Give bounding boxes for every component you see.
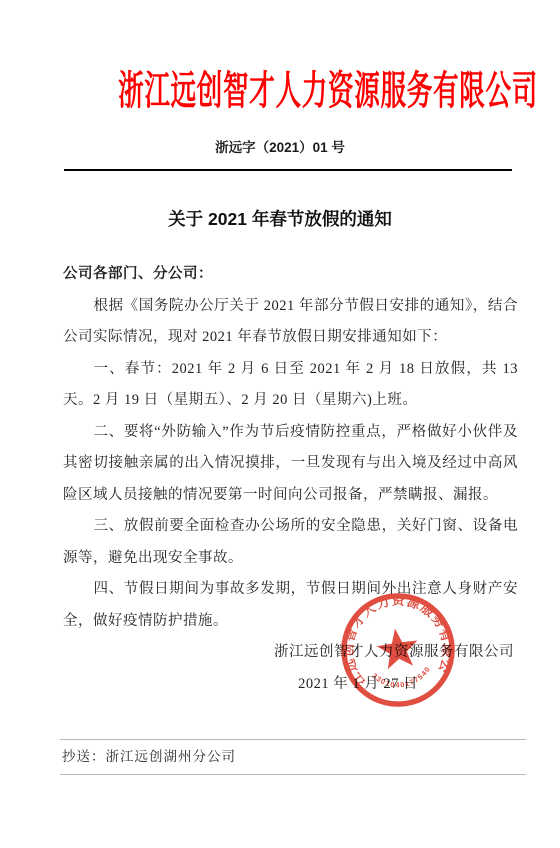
document-number: 浙远字（2021）01 号 <box>0 140 560 156</box>
cc-line: 抄送：浙江远创湖州分公司 <box>62 747 526 766</box>
paragraph-item-2: 二、要将“外防输入”作为节后疫情防控重点，严格做好小伙伴及其密切接触亲属的出入情… <box>63 417 518 512</box>
cc-footer: 抄送：浙江远创湖州分公司 <box>60 739 526 775</box>
notice-title: 关于 2021 年春节放假的通知 <box>0 209 560 230</box>
company-letterhead: 浙江远创智才人力资源服务有限公司 <box>0 0 560 114</box>
notice-body: 公司各部门、分公司： 根据《国务院办公厅关于 2021 年部分节假日安排的通知》… <box>63 259 518 700</box>
company-letterhead-text: 浙江远创智才人力资源服务有限公司 <box>118 68 538 114</box>
letterhead-divider <box>64 169 512 171</box>
paragraph-item-1: 一、春节：2021 年 2 月 6 日至 2021 年 2 月 18 日放假，共… <box>63 354 518 417</box>
signature-block: 浙江远创智才人力资源服务有限公司 2021 年 1 月 27 日 <box>63 637 518 700</box>
signature-date: 2021 年 1 月 27 日 <box>63 669 518 701</box>
paragraph-item-3: 三、放假前要全面检查办公场所的安全隐患，关好门窗、设备电源等，避免出现安全事故。 <box>63 511 518 574</box>
paragraph-intro: 根据《国务院办公厅关于 2021 年部分节假日安排的通知》，结合公司实际情况，现… <box>63 291 518 354</box>
salutation: 公司各部门、分公司： <box>63 259 518 291</box>
notice-document-page: { "page": { "company_title": "浙江远创智才人力资源… <box>0 0 560 848</box>
signature-company: 浙江远创智才人力资源服务有限公司 <box>63 637 518 669</box>
paragraph-item-4: 四、节假日期间为事故多发期，节假日期间外出注意人身财产安全，做好疫情防护措施。 <box>63 574 518 637</box>
